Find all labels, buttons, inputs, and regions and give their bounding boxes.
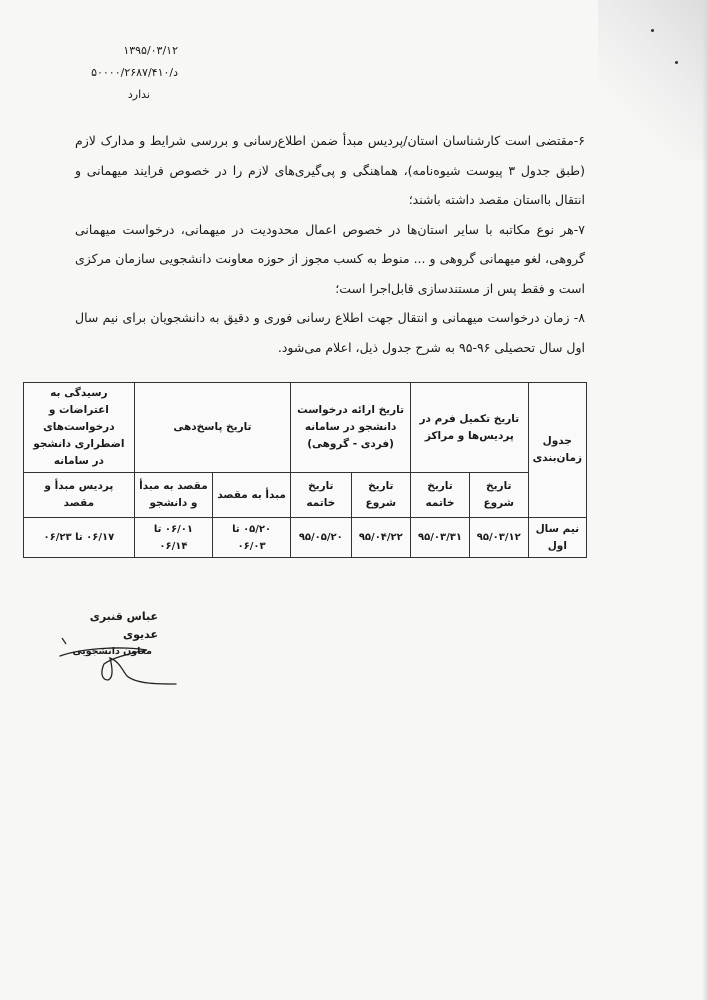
paragraph-8: ۸- زمان درخواست میهمانی و انتقال جهت اطل… (75, 303, 585, 362)
group-header-form: تاریخ تکمیل فرم در پردیس‌ها و مراکز (411, 383, 529, 473)
scan-speck (675, 61, 678, 64)
subheader-cell: پردیس مبدأ و مقصد (24, 473, 135, 518)
subheader-cell: تاریخ خاتمه (411, 473, 470, 518)
table-row: نیم سال اول ۹۵/۰۳/۱۲ ۹۵/۰۳/۳۱ ۹۵/۰۴/۲۲ ۹… (24, 518, 587, 558)
scan-speck (651, 29, 654, 32)
subheader-cell: تاریخ خاتمه (291, 473, 351, 518)
table-cell: ۹۵/۰۳/۱۲ (469, 518, 528, 558)
subheader-cell: تاریخ شروع (351, 473, 411, 518)
subheader-cell: مقصد به مبدأ و دانشجو (134, 473, 212, 518)
paragraph-6: ۶-مقتضی است کارشناسان استان/پردیس مبدأ ض… (75, 126, 585, 215)
subheader-cell: مبدأ به مقصد (213, 473, 291, 518)
table-cell: ۹۵/۰۳/۳۱ (411, 518, 470, 558)
row-header-cell: جدول زمان‌بندی (528, 383, 586, 518)
letter-number: د/۵۰۰۰۰/۲۶۸۷/۴۱۰ (40, 62, 178, 84)
table-cell: ۰۶/۱۷ تا ۰۶/۲۳ (24, 518, 135, 558)
table-cell: ۹۵/۰۴/۲۲ (351, 518, 411, 558)
table-cell: ۰۵/۲۰ تا ۰۶/۰۳ (213, 518, 291, 558)
scan-edge (702, 0, 708, 1000)
row-label: نیم سال اول (528, 518, 586, 558)
scan-shadow (598, 0, 708, 160)
table-cell: ۹۵/۰۵/۲۰ (291, 518, 351, 558)
handwritten-signature-icon (52, 618, 182, 688)
paragraph-7: ۷-هر نوع مکاتبه با سایر استان‌ها در خصوص… (75, 215, 585, 304)
letter-attachment: ندارد (40, 84, 150, 106)
group-header-request: تاریخ ارائه درخواست دانشجو در سامانه (فر… (291, 383, 411, 473)
letter-header: ۱۳۹۵/۰۳/۱۲ د/۵۰۰۰۰/۲۶۸۷/۴۱۰ ندارد (40, 40, 150, 106)
table-header-row: جدول زمان‌بندی تاریخ تکمیل فرم در پردیس‌… (24, 383, 587, 473)
letter-date: ۱۳۹۵/۰۳/۱۲ (40, 40, 178, 62)
schedule-table: جدول زمان‌بندی تاریخ تکمیل فرم در پردیس‌… (23, 382, 587, 558)
group-header-response: تاریخ پاسخ‌دهی (134, 383, 290, 473)
subheader-cell: تاریخ شروع (469, 473, 528, 518)
table-subheader-row: تاریخ شروع تاریخ خاتمه تاریخ شروع تاریخ … (24, 473, 587, 518)
group-header-objections: رسیدگی به اعتراضات و درخواست‌های اضطراری… (24, 383, 135, 473)
table-cell: ۰۶/۰۱ تا ۰۶/۱۴ (134, 518, 212, 558)
letter-body: ۶-مقتضی است کارشناسان استان/پردیس مبدأ ض… (75, 126, 585, 362)
signature-block: عباس قنبری عدیوی معاون دانشجویی (52, 608, 162, 688)
